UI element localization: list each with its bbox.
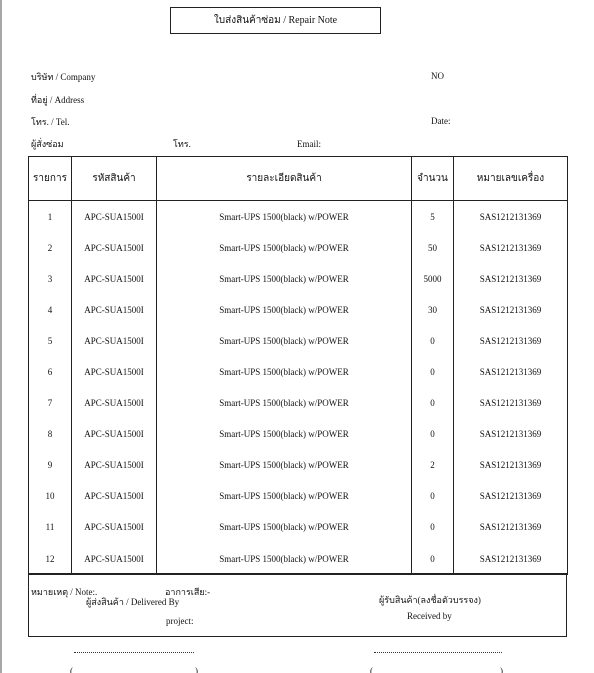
- cell-serial-number: SAS1212131369: [454, 419, 568, 450]
- cell-description: Smart-UPS 1500(black) w/POWER: [157, 419, 412, 450]
- cell-item-number: 10: [29, 481, 72, 512]
- cell-item-number: 4: [29, 294, 72, 325]
- items-table: รายการ รหัสสินค้า รายละเอียดสินค้า จำนวน…: [28, 156, 568, 575]
- cell-serial-number: SAS1212131369: [454, 325, 568, 356]
- received-by-label: Received by: [407, 611, 452, 621]
- cell-item-number: 5: [29, 325, 72, 356]
- cell-quantity: 0: [412, 325, 454, 356]
- email-label: Email:: [297, 139, 321, 149]
- company-label: บริษัท / Company: [31, 70, 95, 84]
- requester-label: ผู้สั่งซ่อม: [31, 137, 64, 151]
- cell-item-number: 2: [29, 232, 72, 263]
- project-label: project:: [166, 616, 194, 626]
- cell-item-number: 8: [29, 419, 72, 450]
- cell-product-code: APC-SUA1500I: [72, 512, 157, 543]
- cell-item-number: 9: [29, 450, 72, 481]
- table-row: 7APC-SUA1500ISmart-UPS 1500(black) w/POW…: [29, 388, 568, 419]
- cell-quantity: 5: [412, 201, 454, 233]
- table-row: 10APC-SUA1500ISmart-UPS 1500(black) w/PO…: [29, 481, 568, 512]
- cell-quantity: 50: [412, 232, 454, 263]
- document-title-box: ใบส่งสินค้าซ่อม / Repair Note: [170, 7, 381, 34]
- cell-quantity: 2: [412, 450, 454, 481]
- table-row: 5APC-SUA1500ISmart-UPS 1500(black) w/POW…: [29, 325, 568, 356]
- column-header-quantity: จำนวน: [412, 157, 454, 201]
- page-left-edge: [0, 0, 2, 673]
- cell-product-code: APC-SUA1500I: [72, 419, 157, 450]
- cell-quantity: 0: [412, 356, 454, 387]
- cell-serial-number: SAS1212131369: [454, 294, 568, 325]
- table-row: 6APC-SUA1500ISmart-UPS 1500(black) w/POW…: [29, 356, 568, 387]
- delivered-by-label: ผู้ส่งสินค้า / Delivered By: [86, 595, 179, 609]
- cell-product-code: APC-SUA1500I: [72, 450, 157, 481]
- cell-serial-number: SAS1212131369: [454, 481, 568, 512]
- cell-description: Smart-UPS 1500(black) w/POWER: [157, 294, 412, 325]
- tel-label: โทร. / Tel.: [31, 115, 69, 129]
- delivered-name-paren-close: ): [195, 666, 198, 673]
- cell-quantity: 0: [412, 543, 454, 575]
- cell-quantity: 0: [412, 481, 454, 512]
- cell-serial-number: SAS1212131369: [454, 201, 568, 233]
- cell-serial-number: SAS1212131369: [454, 388, 568, 419]
- table-row: 4APC-SUA1500ISmart-UPS 1500(black) w/POW…: [29, 294, 568, 325]
- cell-item-number: 1: [29, 201, 72, 233]
- cell-product-code: APC-SUA1500I: [72, 263, 157, 294]
- cell-description: Smart-UPS 1500(black) w/POWER: [157, 512, 412, 543]
- cell-product-code: APC-SUA1500I: [72, 232, 157, 263]
- cell-product-code: APC-SUA1500I: [72, 388, 157, 419]
- cell-item-number: 6: [29, 356, 72, 387]
- cell-description: Smart-UPS 1500(black) w/POWER: [157, 450, 412, 481]
- cell-product-code: APC-SUA1500I: [72, 543, 157, 575]
- column-header-description: รายละเอียดสินค้า: [157, 157, 412, 201]
- cell-quantity: 0: [412, 512, 454, 543]
- cell-description: Smart-UPS 1500(black) w/POWER: [157, 325, 412, 356]
- cell-product-code: APC-SUA1500I: [72, 325, 157, 356]
- cell-serial-number: SAS1212131369: [454, 543, 568, 575]
- cell-product-code: APC-SUA1500I: [72, 356, 157, 387]
- cell-product-code: APC-SUA1500I: [72, 481, 157, 512]
- table-row: 8APC-SUA1500ISmart-UPS 1500(black) w/POW…: [29, 419, 568, 450]
- cell-description: Smart-UPS 1500(black) w/POWER: [157, 201, 412, 233]
- cell-item-number: 11: [29, 512, 72, 543]
- received-name-paren-open: (: [370, 666, 373, 673]
- cell-description: Smart-UPS 1500(black) w/POWER: [157, 232, 412, 263]
- cell-quantity: 0: [412, 388, 454, 419]
- table-row: 3APC-SUA1500ISmart-UPS 1500(black) w/POW…: [29, 263, 568, 294]
- cell-serial-number: SAS1212131369: [454, 263, 568, 294]
- cell-quantity: 30: [412, 294, 454, 325]
- cell-serial-number: SAS1212131369: [454, 450, 568, 481]
- no-label: NO: [431, 71, 444, 81]
- cell-serial-number: SAS1212131369: [454, 512, 568, 543]
- table-row: 2APC-SUA1500ISmart-UPS 1500(black) w/POW…: [29, 232, 568, 263]
- cell-description: Smart-UPS 1500(black) w/POWER: [157, 481, 412, 512]
- cell-item-number: 3: [29, 263, 72, 294]
- cell-serial-number: SAS1212131369: [454, 232, 568, 263]
- receiver-thai-label: ผู้รับสินค้า(ลงชื่อตัวบรรจง): [379, 593, 481, 607]
- table-row: 11APC-SUA1500ISmart-UPS 1500(black) w/PO…: [29, 512, 568, 543]
- delivered-name-paren-open: (: [70, 666, 73, 673]
- table-header-row: รายการ รหัสสินค้า รายละเอียดสินค้า จำนวน…: [29, 157, 568, 201]
- cell-description: Smart-UPS 1500(black) w/POWER: [157, 356, 412, 387]
- cell-item-number: 12: [29, 543, 72, 575]
- cell-description: Smart-UPS 1500(black) w/POWER: [157, 543, 412, 575]
- requester-tel-label: โทร.: [173, 137, 191, 151]
- received-name-paren-close: ): [500, 666, 503, 673]
- cell-item-number: 7: [29, 388, 72, 419]
- cell-product-code: APC-SUA1500I: [72, 201, 157, 233]
- items-table-body: 1APC-SUA1500ISmart-UPS 1500(black) w/POW…: [29, 201, 568, 575]
- column-header-product-code: รหัสสินค้า: [72, 157, 157, 201]
- cell-quantity: 5000: [412, 263, 454, 294]
- delivered-signature-line: [74, 652, 194, 653]
- table-row: 1APC-SUA1500ISmart-UPS 1500(black) w/POW…: [29, 201, 568, 233]
- cell-quantity: 0: [412, 419, 454, 450]
- document-title: ใบส่งสินค้าซ่อม / Repair Note: [214, 13, 337, 28]
- cell-product-code: APC-SUA1500I: [72, 294, 157, 325]
- column-header-item: รายการ: [29, 157, 72, 201]
- table-row: 12APC-SUA1500ISmart-UPS 1500(black) w/PO…: [29, 543, 568, 575]
- footer-box: หมายเหตุ / Note:. อาการเสีย:- ผู้ส่งสินค…: [28, 573, 567, 637]
- date-label: Date:: [431, 116, 451, 126]
- column-header-serial-number: หมายเลขเครื่อง: [454, 157, 568, 201]
- address-label: ที่อยู่ / Address: [31, 93, 84, 107]
- cell-serial-number: SAS1212131369: [454, 356, 568, 387]
- table-row: 9APC-SUA1500ISmart-UPS 1500(black) w/POW…: [29, 450, 568, 481]
- cell-description: Smart-UPS 1500(black) w/POWER: [157, 263, 412, 294]
- received-signature-line: [374, 652, 502, 653]
- cell-description: Smart-UPS 1500(black) w/POWER: [157, 388, 412, 419]
